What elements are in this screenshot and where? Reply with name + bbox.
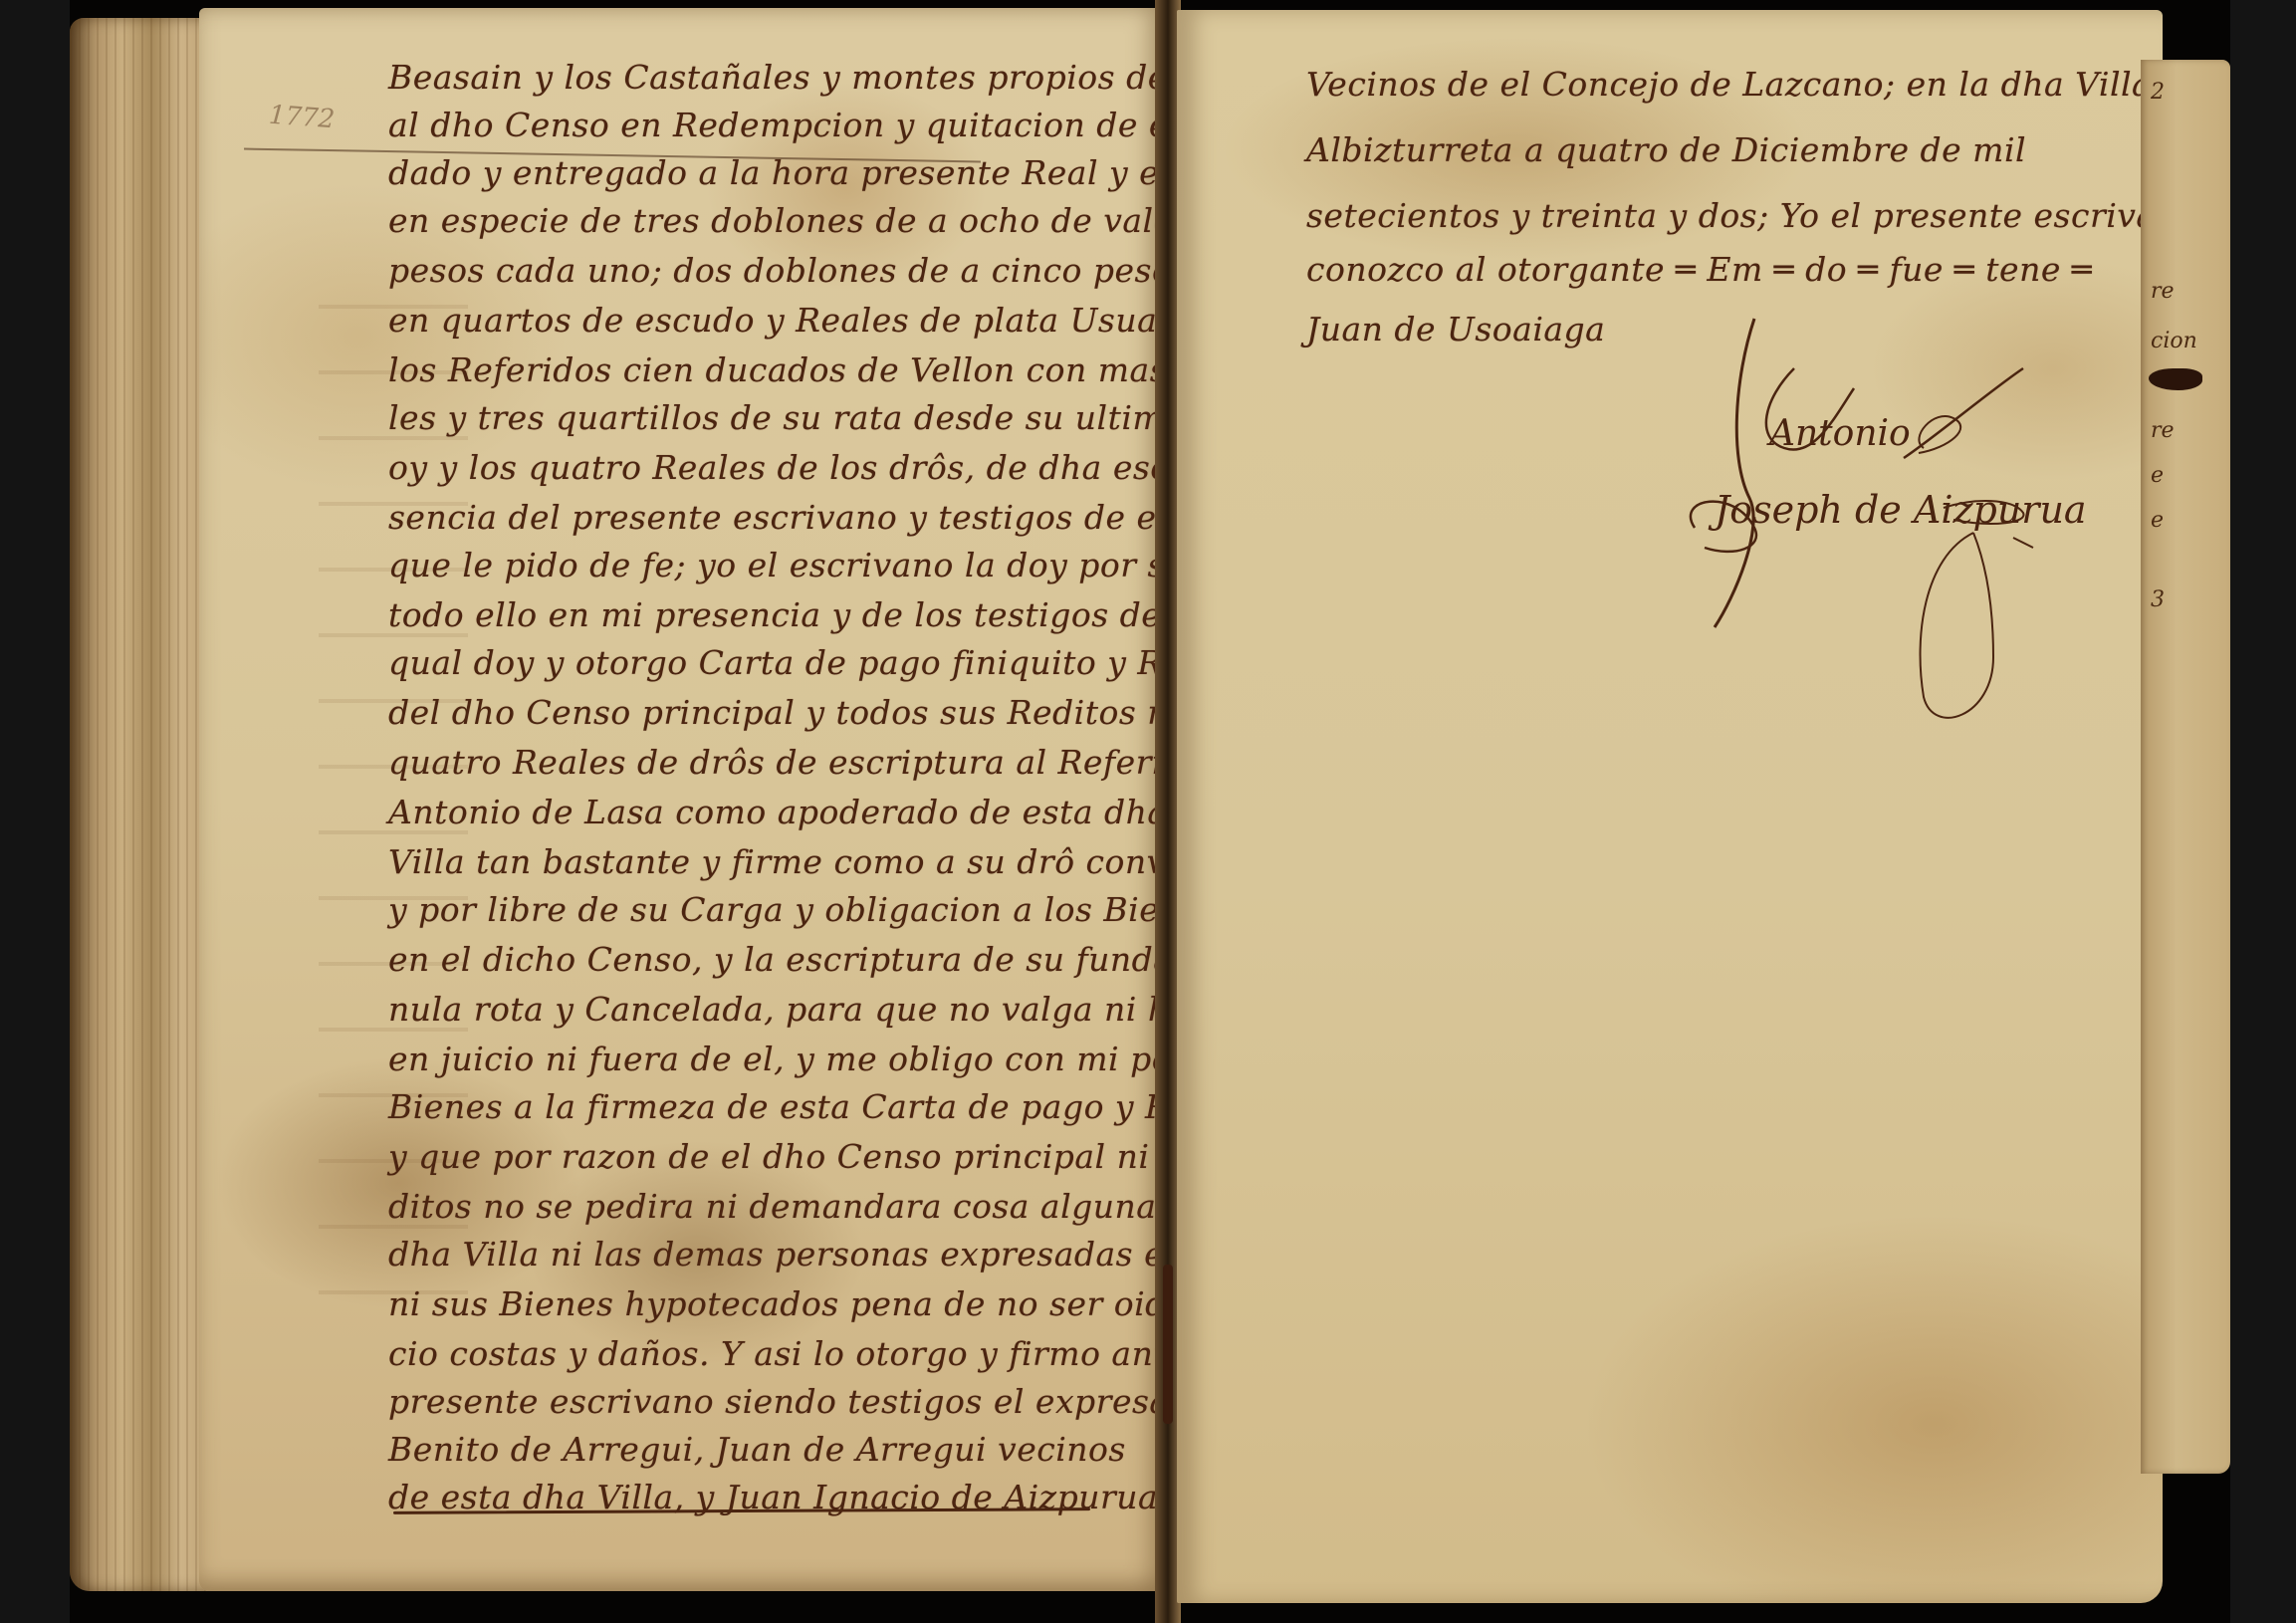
edge-mark: cion [2151,329,2197,353]
text-line: y que por razon de el dho Censo principa… [388,1137,1167,1176]
text-line: cio costas y daños. Y asi lo otorgo y fi… [388,1334,1167,1373]
text-line: y por libre de su Carga y obligacion a l… [388,890,1167,929]
text-line: Villa tan bastante y firme como a su drô… [388,842,1167,881]
edge-mark: 2 [2151,80,2165,105]
text-line: les y tres quartillos de su rata desde s… [388,398,1167,437]
text-line: Vecinos de el Concejo de Lazcano; en la … [1306,65,2163,104]
text-line: Albizturreta a quatro de Diciembre de mi… [1306,130,2026,169]
signature-line-1: Antonio [1769,413,1911,454]
text-line: Benito de Arregui, Juan de Arregui vecin… [388,1430,1126,1469]
edge-mark: re [2151,279,2175,304]
text-line: qual doy y otorgo Carta de pago finiquit… [388,643,1167,682]
text-line: presente escrivano siendo testigos el ex… [388,1382,1167,1421]
text-line: quatro Reales de drôs de escriptura al R… [388,743,1167,782]
book-block-left-edge [70,18,219,1591]
notary-signature: Antonio Joseph de Aizpurua [1675,299,2043,737]
edge-mark: 3 [2151,587,2165,612]
text-line: que le pido de fe; yo el escrivano la do… [388,546,1167,584]
next-leaf-edge [2141,60,2230,1474]
text-line: conozco al otorgante ═ Em ═ do ═ fue ═ t… [1306,250,2092,289]
right-page: Vecinos de el Concejo de Lazcano; en la … [1177,10,2163,1603]
edge-mark: e [2151,463,2164,488]
text-line: Beasain y los Castañales y montes propio… [388,58,1167,97]
text-line: ni sus Bienes hypotecados pena de no ser… [388,1284,1167,1323]
text-line: nula rota y Cancelada, para que no valga… [388,990,1167,1029]
text-line: todo ello en mi presencia y de los testi… [388,595,1167,634]
text-line: en quartos de escudo y Reales de plata U… [388,301,1167,340]
text-line: ditos no se pedira ni demandara cosa alg… [388,1187,1167,1226]
signature-line-2: Joseph de Aizpurua [1715,488,2087,532]
left-page: 1772 Beasain y los Castañales y montes p… [199,8,1167,1591]
text-line: los Referidos cien ducados de Vellon con… [388,350,1167,389]
text-line: oy y los quatro Reales de los drôs, de d… [388,448,1167,487]
text-line: dha Villa ni las demas personas expresad… [388,1235,1167,1274]
folio-mark: 1772 [268,101,336,135]
text-line: en juicio ni fuera de el, y me obligo co… [388,1040,1167,1078]
text-line: del dho Censo principal y todos sus Redi… [388,693,1167,732]
text-line: al dho Censo en Redempcion y quitacion d… [388,106,1167,144]
text-line: Juan de Usoaiaga [1306,310,1605,348]
text-line: sencia del presente escrivano y testigos… [388,498,1167,537]
text-line: dado y entregado a la hora presente Real… [388,153,1167,192]
text-line: en especie de tres doblones de a ocho de… [388,201,1167,240]
text-line: Antonio de Lasa como apoderado de esta d… [388,793,1167,831]
binding-thread [1163,1265,1173,1424]
text-line: pesos cada uno; dos doblones de a cinco … [388,251,1167,290]
edge-mark: re [2151,418,2175,443]
text-line: en el dicho Censo, y la escriptura de su… [388,940,1167,979]
manuscript-scan: 1772 Beasain y los Castañales y montes p… [0,0,2296,1623]
text-line: Bienes a la firmeza de esta Carta de pag… [388,1087,1167,1126]
edge-mark: e [2151,508,2164,533]
text-line: setecientos y treinta y dos; Yo el prese… [1306,196,2163,235]
